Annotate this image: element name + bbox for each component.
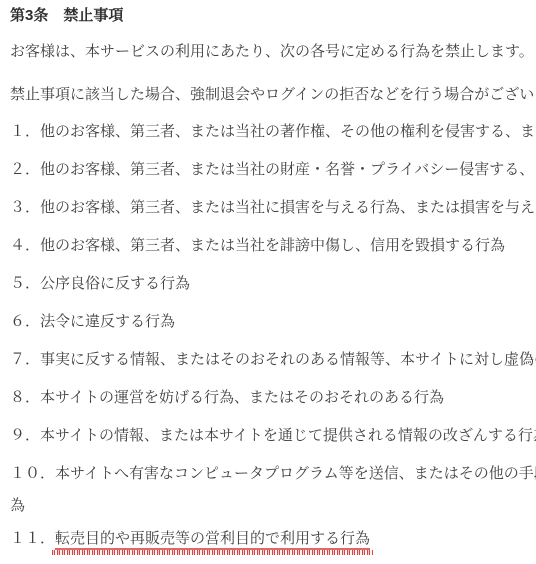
- prohibited-item-4: ４．他のお客様、第三者、または当社を誹謗中傷し、信用を毀損する行為: [10, 238, 536, 254]
- annotation-marks-strip: [52, 550, 373, 555]
- prohibited-item-2: ２．他のお客様、第三者、または当社の財産・名誉・プライバシー侵害する、: [10, 162, 536, 178]
- prohibited-item-7: ７．事実に反する情報、またはそのおそれのある情報等、本サイトに対し虚偽の: [10, 352, 536, 368]
- prohibited-item-5: ５．公序良俗に反する行為: [10, 276, 536, 292]
- intro-paragraph: お客様は、本サービスの利用にあたり、次の各号に定める行為を禁止します。: [10, 44, 536, 60]
- warning-paragraph: 禁止事項に該当した場合、強制退会やログインの拒否などを行う場合がござい: [10, 87, 536, 103]
- prohibited-item-10-line-2: 為: [10, 498, 536, 514]
- prohibited-item-1: １．他のお客様、第三者、または当社の著作権、その他の権利を侵害する、また: [10, 124, 536, 140]
- item-11-underlined-text: 転売目的や再販売等の営利目的で利用する行為: [55, 530, 370, 547]
- prohibited-item-8: ８．本サイトの運営を妨げる行為、またはそのおそれのある行為: [10, 390, 536, 406]
- item-11-number: １１．: [10, 530, 55, 547]
- prohibited-item-6: ６．法令に違反する行為: [10, 314, 536, 330]
- prohibited-item-10-line-1: １０．本サイトへ有害なコンピュータプログラム等を送信、またはその他の手段: [10, 466, 536, 482]
- prohibited-item-9: ９．本サイトの情報、または本サイトを通じて提供される情報の改ざんする行為: [10, 428, 536, 444]
- terms-document: 第3条 禁止事項 お客様は、本サービスの利用にあたり、次の各号に定める行為を禁止…: [0, 0, 536, 564]
- item-11-underlined-text-wrapper: 転売目的や再販売等の営利目的で利用する行為: [55, 531, 370, 550]
- prohibited-item-10: １０．本サイトへ有害なコンピュータプログラム等を送信、またはその他の手段 為: [10, 466, 536, 514]
- prohibited-item-11: １１．転売目的や再販売等の営利目的で利用する行為: [10, 531, 536, 550]
- section-heading: 第3条 禁止事項: [10, 7, 536, 24]
- prohibited-item-3: ３．他のお客様、第三者、または当社に損害を与える行為、または損害を与える: [10, 200, 536, 216]
